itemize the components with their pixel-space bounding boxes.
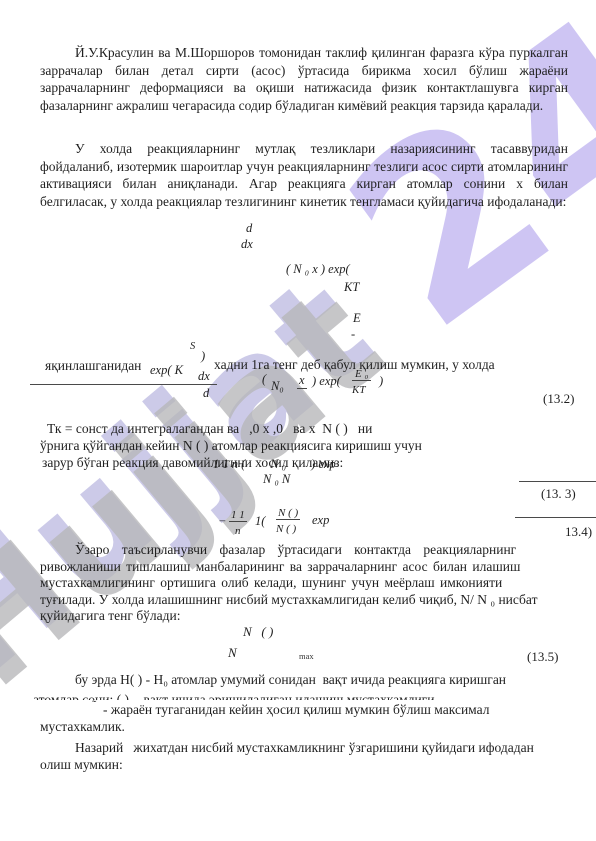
eq3-top: 1 1 n ( N ₀ ) exp — [213, 457, 336, 472]
formula-frag-kt: KT — [344, 280, 359, 295]
eq2-label: (13.2) — [543, 391, 574, 407]
fraction-rule-long — [30, 384, 217, 385]
eq2-kt-denominator: KT — [352, 384, 365, 396]
eq2-e0-numerator: E ₀ — [352, 368, 371, 381]
tk-line-1: Тк = сонст да интегралагандан ва ,0 х ,0… — [47, 421, 372, 438]
eq3-label: (13. 3) — [541, 486, 576, 502]
eq2-open-paren: ( — [262, 372, 266, 387]
sigma-tilde-glyph: ˜ — [92, 697, 96, 713]
p3-line-2: ривожланиши тишлашиш манбаларининг ва за… — [40, 559, 520, 576]
final-line-2: олиш мумкин: — [40, 757, 123, 774]
formula-frag-d: d — [246, 221, 252, 236]
approx-sup-s: S — [190, 341, 195, 352]
eq2-x-over-bar: x — [297, 373, 307, 389]
eq4-rule-top — [515, 517, 596, 518]
eq2-close-exp: ) exp( — [312, 374, 341, 389]
tk-line-2: ўрнига қўйгандан кейин N ( ) атомлар реа… — [40, 438, 422, 455]
eq5-label: (13.5) — [527, 649, 558, 665]
final-line-1: Назарий жихатдан нисбий мустахкамликнинг… — [75, 740, 534, 757]
eq3-bottom: N ₀ N — [263, 472, 290, 487]
eq2-denominator: d — [203, 386, 209, 401]
p3-line-1: Ўзаро таъсирланувчи фазалар ўртасидаги к… — [40, 542, 516, 559]
where-line-2-clipped: атомлар сони; ( ) - вақт ичида эришилади… — [33, 693, 473, 700]
formula-frag-dash: - — [351, 327, 355, 342]
where-line-4: мустахкамлик. — [40, 719, 125, 736]
eq4-frac-bottom: N ( ) — [276, 523, 296, 535]
where-line-3: - жараён тугаганидан кейин ҳосил қилиш м… — [103, 702, 489, 719]
document-page: Hujjat Hujjat 24 Й.У.Красулин ва М.Шоршо… — [0, 0, 596, 841]
p3-line-4: туғилади. У холда илашишнинг нисбий муст… — [40, 592, 537, 609]
eq2-end-paren: ) — [379, 374, 383, 389]
approx-close-paren: ) — [201, 349, 205, 364]
formula-frag-dx: dx — [241, 237, 253, 252]
p3-line-3: мустахкамлигининг ортишига олиб келади, … — [40, 575, 502, 592]
eq5-sub-max: max — [299, 651, 314, 661]
formula-frag-e: E — [353, 311, 361, 326]
where-line-1: бу эрда Н( ) - Н₀ атомлар умумий сонидан… — [75, 672, 506, 689]
eq2-numerator: dx — [198, 369, 210, 384]
eq4-minus: − — [218, 514, 226, 529]
eq4-exp: exp — [312, 513, 329, 528]
approx-text-pre: яқинлашганидан — [45, 358, 141, 375]
eq2-n0: N₀ — [271, 379, 284, 394]
paragraph-intro: Й.У.Красулин ва М.Шоршоров томонидан так… — [40, 44, 568, 114]
watermark-word-shadow: Hujjat — [0, 242, 404, 708]
approx-exp-open: exp( K — [150, 363, 183, 378]
eq3-rule-top — [519, 481, 596, 482]
eq4-numerator: 1 1 — [229, 509, 247, 522]
formula-frag-main: ( N ₀ x ) exp( — [286, 262, 350, 277]
p3-line-5: қуйидагига тенг бўлади: — [40, 608, 181, 625]
eq4-open: 1( — [255, 514, 265, 529]
eq4-label: 13.4) — [565, 524, 592, 540]
eq5-top: N ( ) — [243, 624, 273, 640]
paragraph-kinetics: У холда реакцияларнинг мутлақ тезликлари… — [40, 140, 568, 210]
eq4-denominator: n — [235, 525, 241, 537]
eq5-bottom-n: N — [228, 645, 237, 661]
eq4-frac-top: N ( ) — [276, 507, 300, 520]
